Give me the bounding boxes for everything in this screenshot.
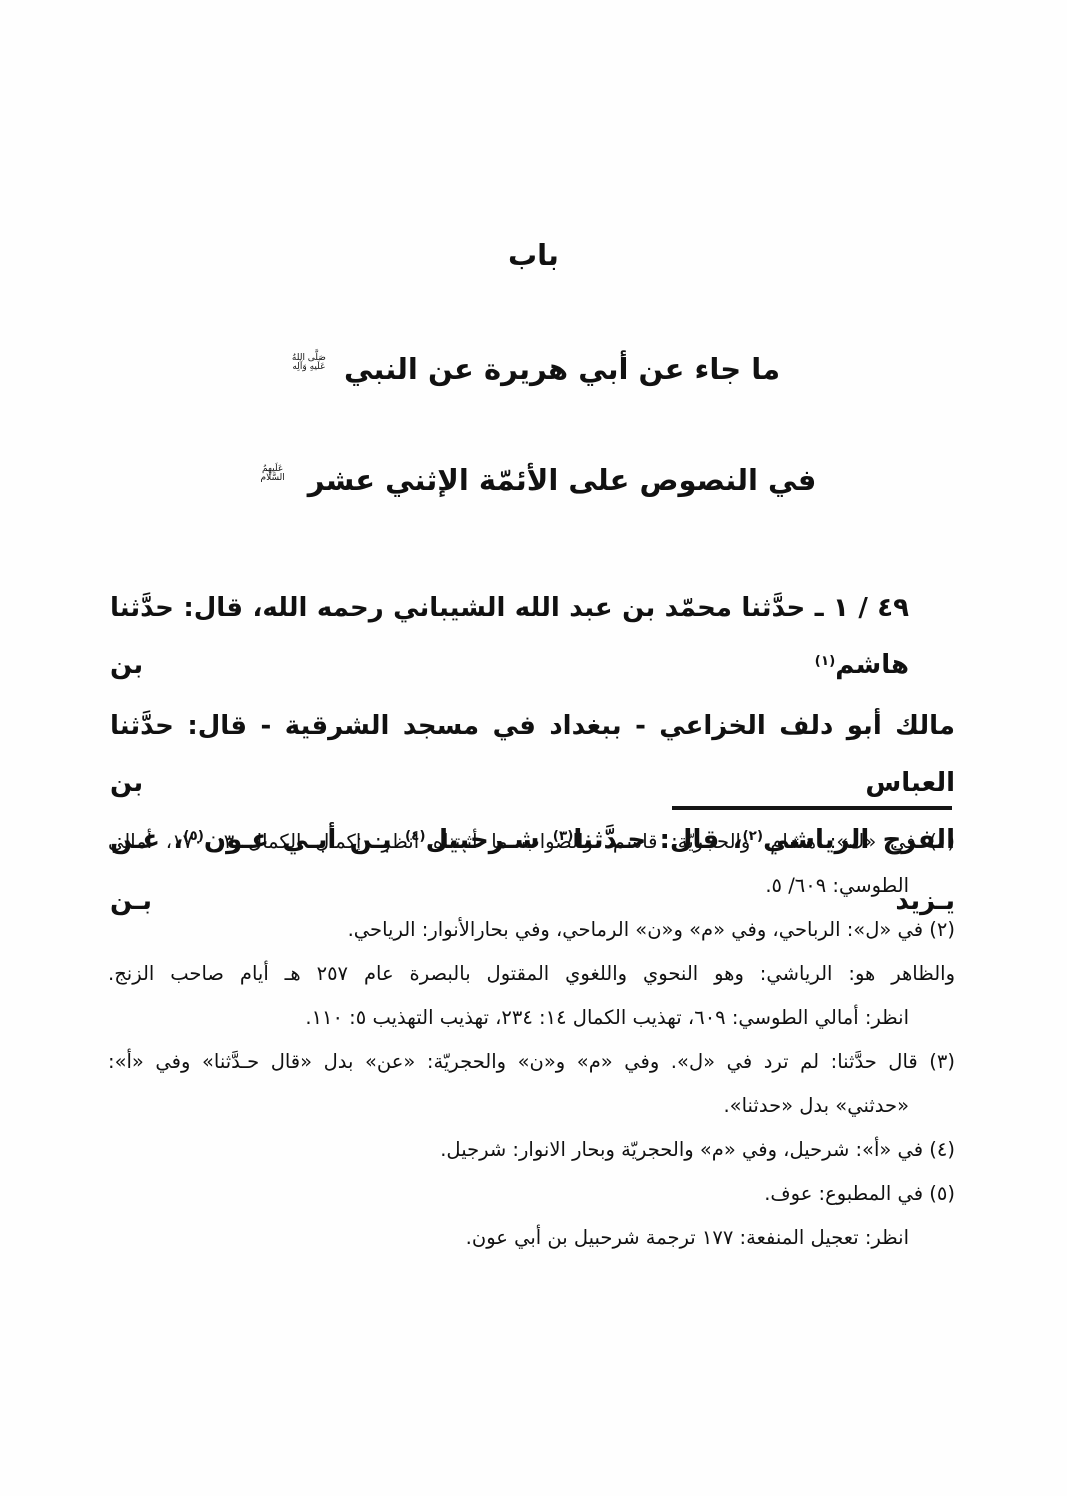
title-line2-text: في النصوص على الأئمّة الإثني عشر [308,463,817,497]
book-page: باب ما جاء عن أبي هريرة عن النبي صَلَّى … [0,0,1067,1496]
footnote-line: (٣) قال حدَّثنا: لم ترد في «ل». وفي «م» … [108,1040,955,1084]
chapter-heading: باب [0,238,1067,272]
footnote-separator [672,806,952,810]
footnote-line: (٥) في المطبوع: عوف. [108,1172,955,1216]
footnote-line: (٤) في «أ»: شرحيل، وفي «م» والحجريّة وبح… [108,1128,955,1172]
body-line: مالك أبو دلف الخزاعي - ببغداد في مسجد ال… [110,698,955,812]
footnote-line: (١) في «ك»: هشام، والحجريّة: قاسم، والصو… [108,820,955,864]
body-line: ٤٩ / ١ ـ حدَّثنا محمّد بن عبد الله الشيب… [110,580,955,698]
honorific-alayhim-salam: عَلَيهِمُ السَّلام [251,465,295,484]
body-text: مالك أبو دلف الخزاعي - ببغداد في مسجد ال… [110,711,955,798]
chapter-title-line2: في النصوص على الأئمّة الإثني عشر عَلَيهِ… [0,463,1067,497]
title-line1-text: ما جاء عن أبي هريرة عن النبي [344,352,780,386]
footnote-line: (٢) في «ل»: الرباحي، وفي «م» و«ن» الرماح… [108,908,955,952]
honorific-salawat: صَلَّى اللهُ عَلَيهِ وَآلِه [287,354,331,373]
footnote-ref: (١) [815,653,836,669]
footnote-line: انظر: أمالي الطوسي: ٦٠٩، تهذيب الكمال ١٤… [108,996,955,1040]
footnote-line: انظر: تعجيل المنفعة: ١٧٧ ترجمة شرحبيل بن… [108,1216,955,1260]
footnote-line: الطوسي: ٦٠٩/ ٥. [108,864,955,908]
chapter-title-line1: ما جاء عن أبي هريرة عن النبي صَلَّى الله… [0,352,1067,386]
footnotes-block: (١) في «ك»: هشام، والحجريّة: قاسم، والصو… [108,820,955,1260]
footnote-line: والظاهر هو: الرياشي: وهو النحوي واللغوي … [108,952,955,996]
footnote-line: «حدثني» بدل «حدثنا». [108,1084,955,1128]
body-text: بن [110,650,815,680]
